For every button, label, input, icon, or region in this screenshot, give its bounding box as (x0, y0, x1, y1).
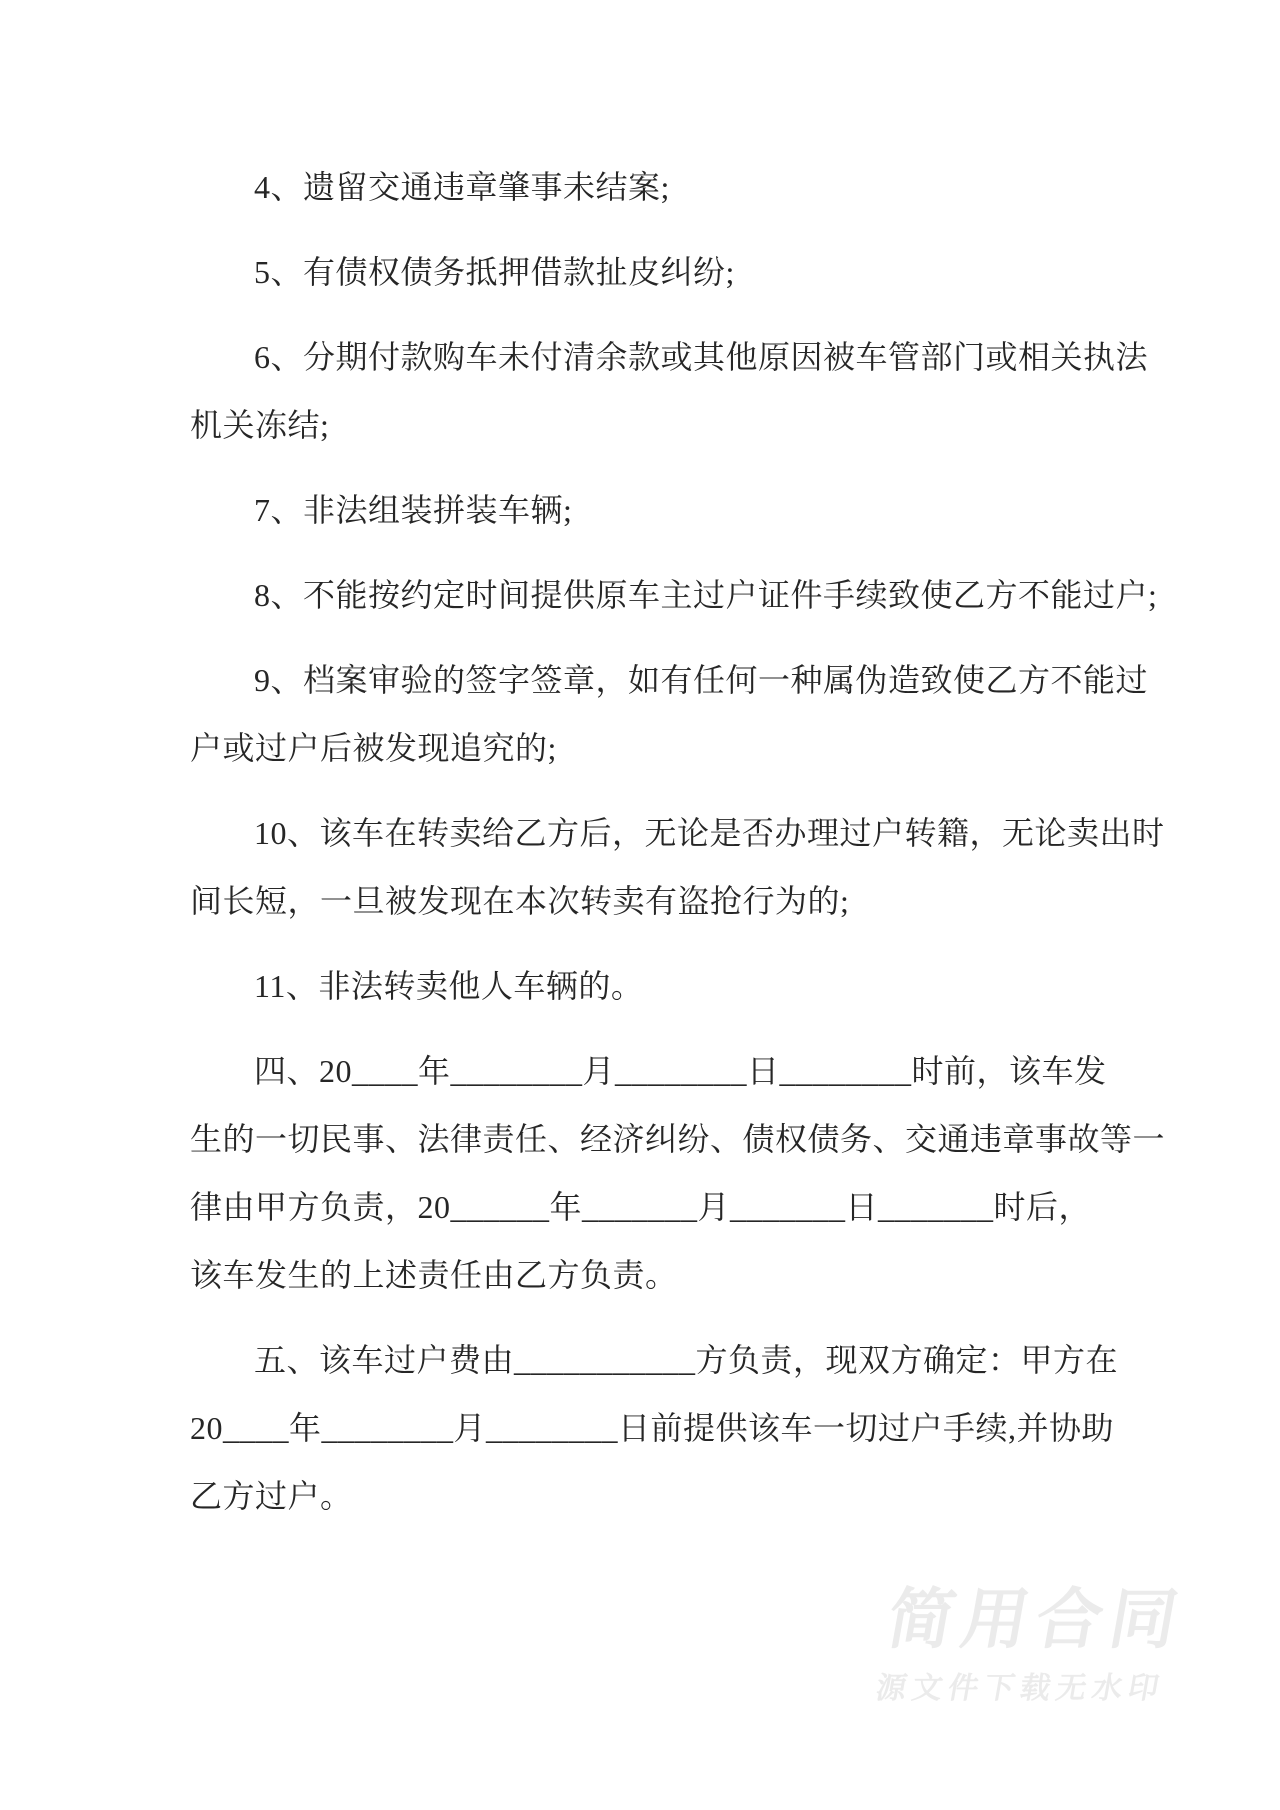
contract-line: 7、非法组装拼装车辆; (190, 476, 1130, 544)
contract-line: 4、遗留交通违章肇事未结案; (190, 153, 1130, 221)
watermark-tagline: 源文件下载无水印 (874, 1674, 1175, 1704)
document-page: 4、遗留交通违章肇事未结案; 5、有债权债务抵押借款扯皮纠纷; 6、分期付款购车… (0, 0, 1280, 1810)
contract-line: 6、分期付款购车未付清余款或其他原因被车管部门或相关执法 (190, 323, 1130, 391)
contract-line: 20____年________月________日前提供该车一切过户手续,并协助 (190, 1394, 1130, 1462)
contract-line: 机关冻结; (190, 391, 1130, 459)
contract-line: 生的一切民事、法律责任、经济纠纷、债权债务、交通违章事故等一 (190, 1105, 1130, 1173)
contract-body: 4、遗留交通违章肇事未结案; 5、有债权债务抵押借款扯皮纠纷; 6、分期付款购车… (190, 0, 1130, 1530)
contract-line: 律由甲方负责，20______年_______月_______日_______时… (190, 1173, 1130, 1241)
contract-line: 五、该车过户费由___________方负责，现双方确定：甲方在 (190, 1326, 1130, 1394)
watermark: 简用合同 源文件下载无水印 (874, 1586, 1191, 1704)
watermark-brand: 简用合同 (883, 1586, 1191, 1652)
contract-line: 该车发生的上述责任由乙方负责。 (190, 1241, 1130, 1309)
contract-line: 5、有债权债务抵押借款扯皮纠纷; (190, 238, 1130, 306)
contract-line: 四、20____年________月________日________时前，该车… (190, 1037, 1130, 1105)
contract-line: 乙方过户。 (190, 1462, 1130, 1530)
contract-line: 8、不能按约定时间提供原车主过户证件手续致使乙方不能过户; (190, 561, 1130, 629)
contract-line: 10、该车在转卖给乙方后，无论是否办理过户转籍，无论卖出时 (190, 799, 1130, 867)
contract-line: 11、非法转卖他人车辆的。 (190, 952, 1130, 1020)
contract-line: 间长短，一旦被发现在本次转卖有盗抢行为的; (190, 867, 1130, 935)
contract-line: 户或过户后被发现追究的; (190, 714, 1130, 782)
contract-line: 9、档案审验的签字签章，如有任何一种属伪造致使乙方不能过 (190, 646, 1130, 714)
